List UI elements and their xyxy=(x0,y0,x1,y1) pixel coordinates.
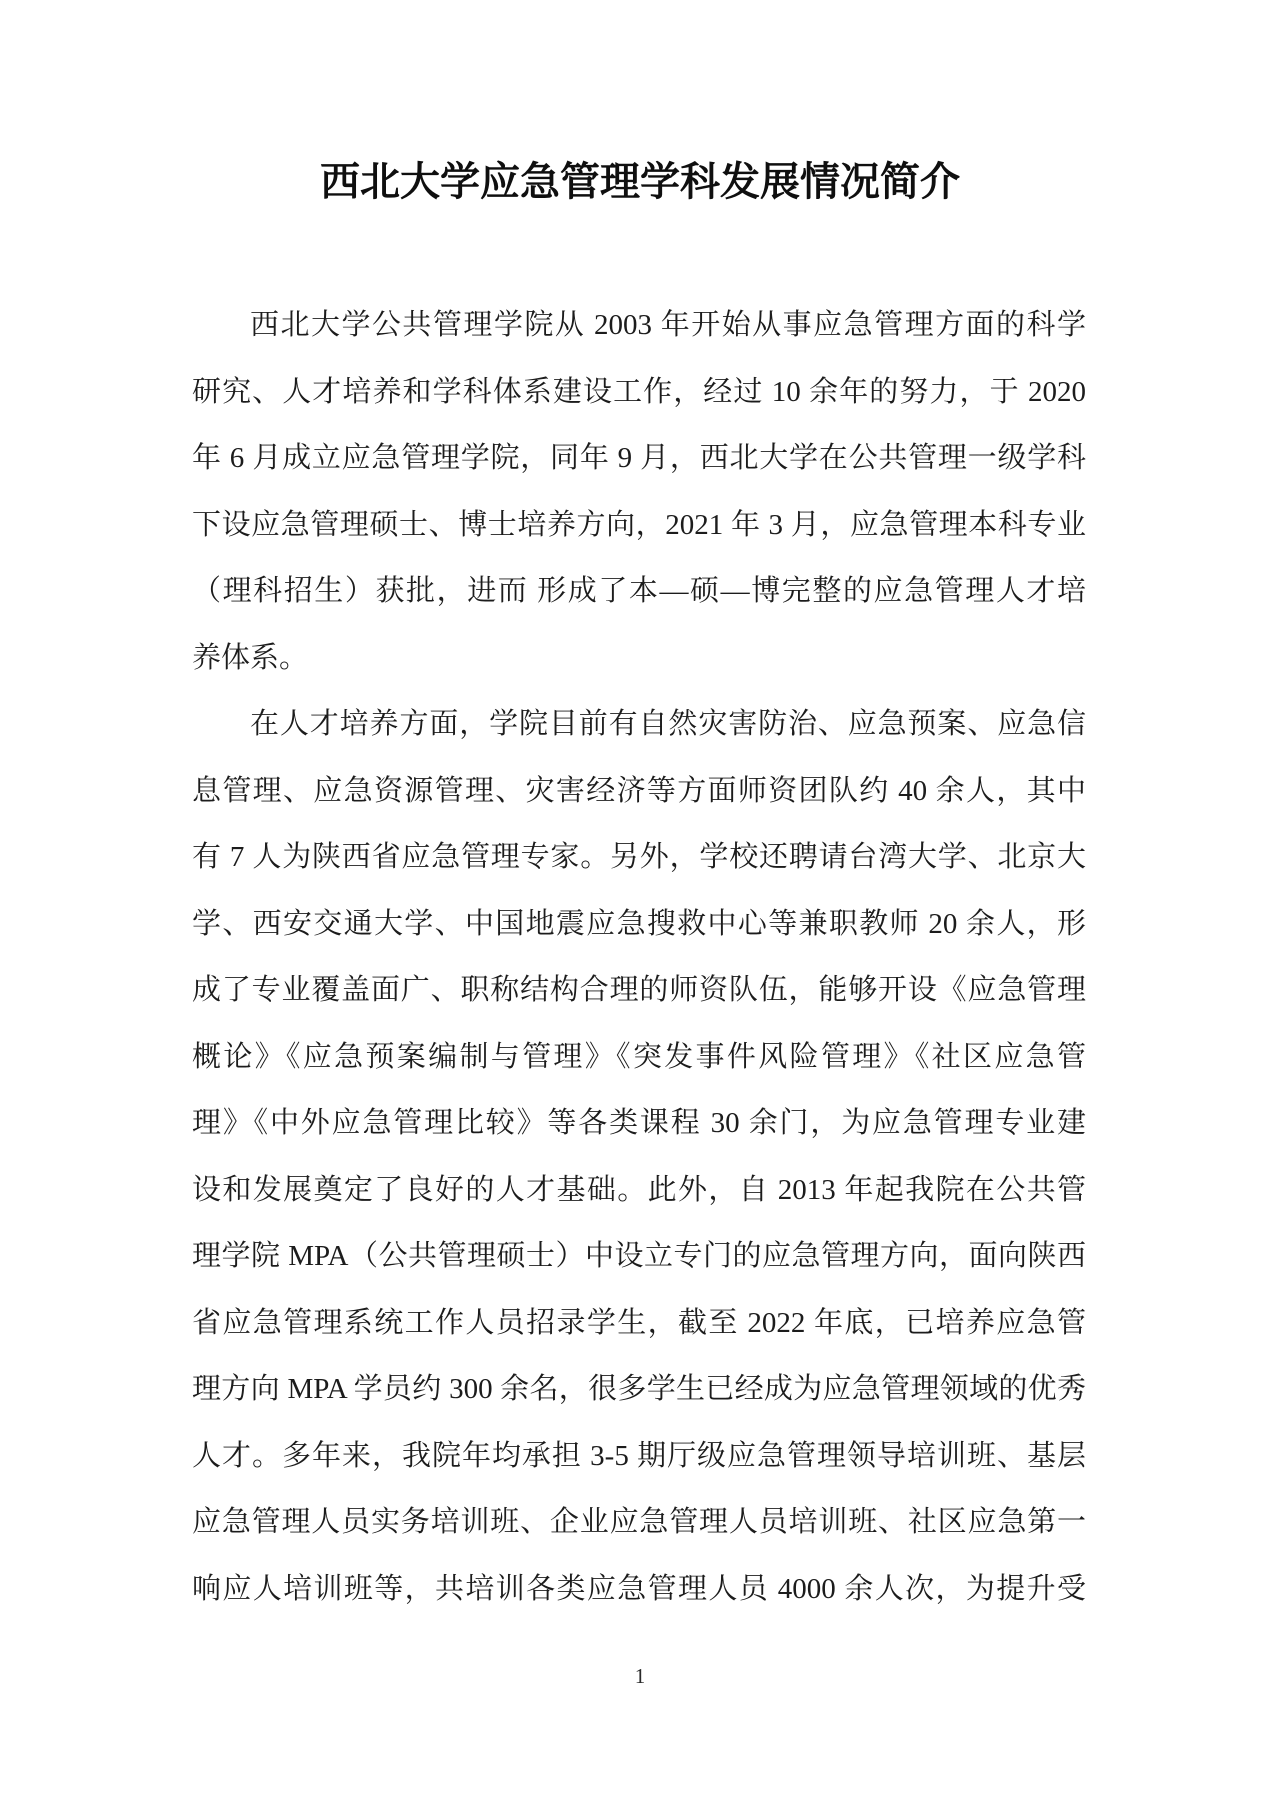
text-line: 研究、人才培养和学科体系建设工作，经过 10 余年的努力，于 2020 xyxy=(192,359,1086,426)
text-line: 养体系。 xyxy=(192,625,1086,692)
text-line: 设和发展奠定了良好的人才基础。此外，自 2013 年起我院在公共管 xyxy=(192,1157,1086,1224)
text-line: 有 7 人为陕西省应急管理专家。另外，学校还聘请台湾大学、北京大 xyxy=(192,824,1086,891)
text-line: 应急管理人员实务培训班、企业应急管理人员培训班、社区应急第一 xyxy=(192,1489,1086,1556)
text-line: 下设应急管理硕士、博士培养方向，2021 年 3 月，应急管理本科专业 xyxy=(192,492,1086,559)
text-line: 理》《中外应急管理比较》等各类课程 30 余门，为应急管理专业建 xyxy=(192,1090,1086,1157)
text-line: 西北大学公共管理学院从 2003 年开始从事应急管理方面的科学 xyxy=(192,292,1086,359)
text-line: 在人才培养方面，学院目前有自然灾害防治、应急预案、应急信 xyxy=(192,691,1086,758)
document-page: 西北大学应急管理学科发展情况简介 西北大学公共管理学院从 2003 年开始从事应… xyxy=(0,0,1280,1809)
text-line: 年 6 月成立应急管理学院，同年 9 月，西北大学在公共管理一级学科 xyxy=(192,425,1086,492)
document-body: 西北大学公共管理学院从 2003 年开始从事应急管理方面的科学研究、人才培养和学… xyxy=(192,292,1086,1622)
text-line: 概论》《应急预案编制与管理》《突发事件风险管理》《社区应急管 xyxy=(192,1024,1086,1091)
text-line: 省应急管理系统工作人员招录学生，截至 2022 年底，已培养应急管 xyxy=(192,1290,1086,1357)
document-title: 西北大学应急管理学科发展情况简介 xyxy=(0,150,1280,207)
text-line: 理方向 MPA 学员约 300 余名，很多学生已经成为应急管理领域的优秀 xyxy=(192,1356,1086,1423)
text-line: 学、西安交通大学、中国地震应急搜救中心等兼职教师 20 余人，形 xyxy=(192,891,1086,958)
text-line: 人才。多年来，我院年均承担 3-5 期厅级应急管理领导培训班、基层 xyxy=(192,1423,1086,1490)
text-line: 息管理、应急资源管理、灾害经济等方面师资团队约 40 余人，其中 xyxy=(192,758,1086,825)
text-line: 成了专业覆盖面广、职称结构合理的师资队伍，能够开设《应急管理 xyxy=(192,957,1086,1024)
text-line: 理学院 MPA（公共管理硕士）中设立专门的应急管理方向，面向陕西 xyxy=(192,1223,1086,1290)
text-line: 响应人培训班等，共培训各类应急管理人员 4000 余人次，为提升受 xyxy=(192,1556,1086,1623)
page-number: 1 xyxy=(0,1664,1280,1689)
text-line: （理科招生）获批，进而 形成了本—硕—博完整的应急管理人才培 xyxy=(192,558,1086,625)
